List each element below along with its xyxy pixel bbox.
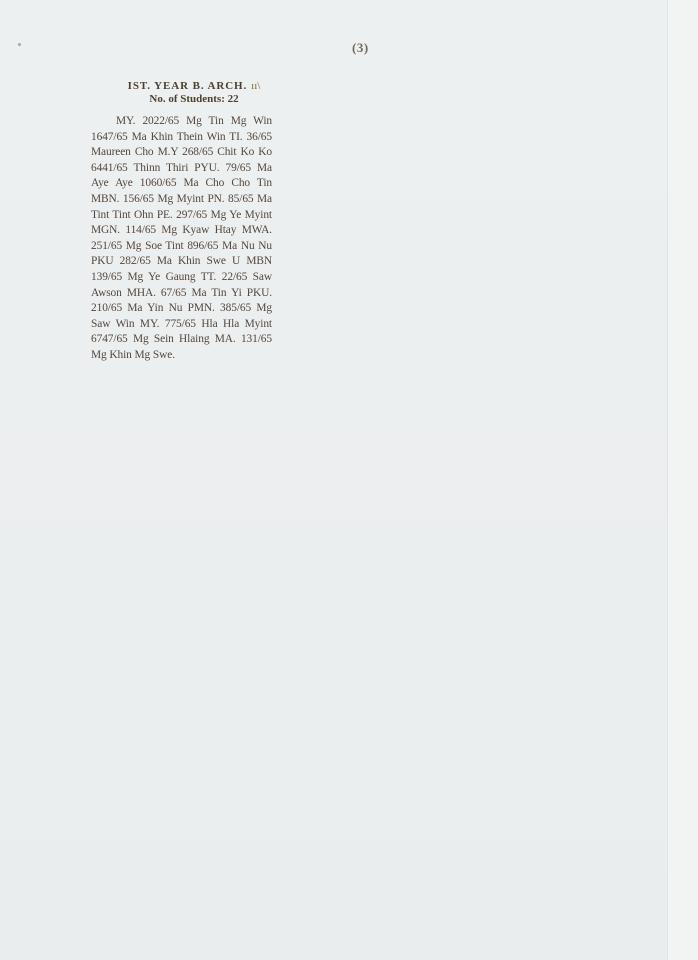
student-list-paragraph: MY. 2022/65 Mg Tin Mg Win 1647/65 Ma Khi… xyxy=(91,114,272,364)
scan-speck xyxy=(18,43,21,46)
section-heading: IST. YEAR B. ARCH.ıı\ No. of Students: 2… xyxy=(104,80,284,106)
heading-title-line: IST. YEAR B. ARCH.ıı\ xyxy=(104,80,284,93)
handwritten-mark: ıı\ xyxy=(251,80,260,92)
heading-title: IST. YEAR B. ARCH. xyxy=(128,80,248,92)
page-number: (3) xyxy=(352,40,369,56)
page-edge xyxy=(667,0,698,960)
student-count: No. of Students: 22 xyxy=(104,93,284,106)
